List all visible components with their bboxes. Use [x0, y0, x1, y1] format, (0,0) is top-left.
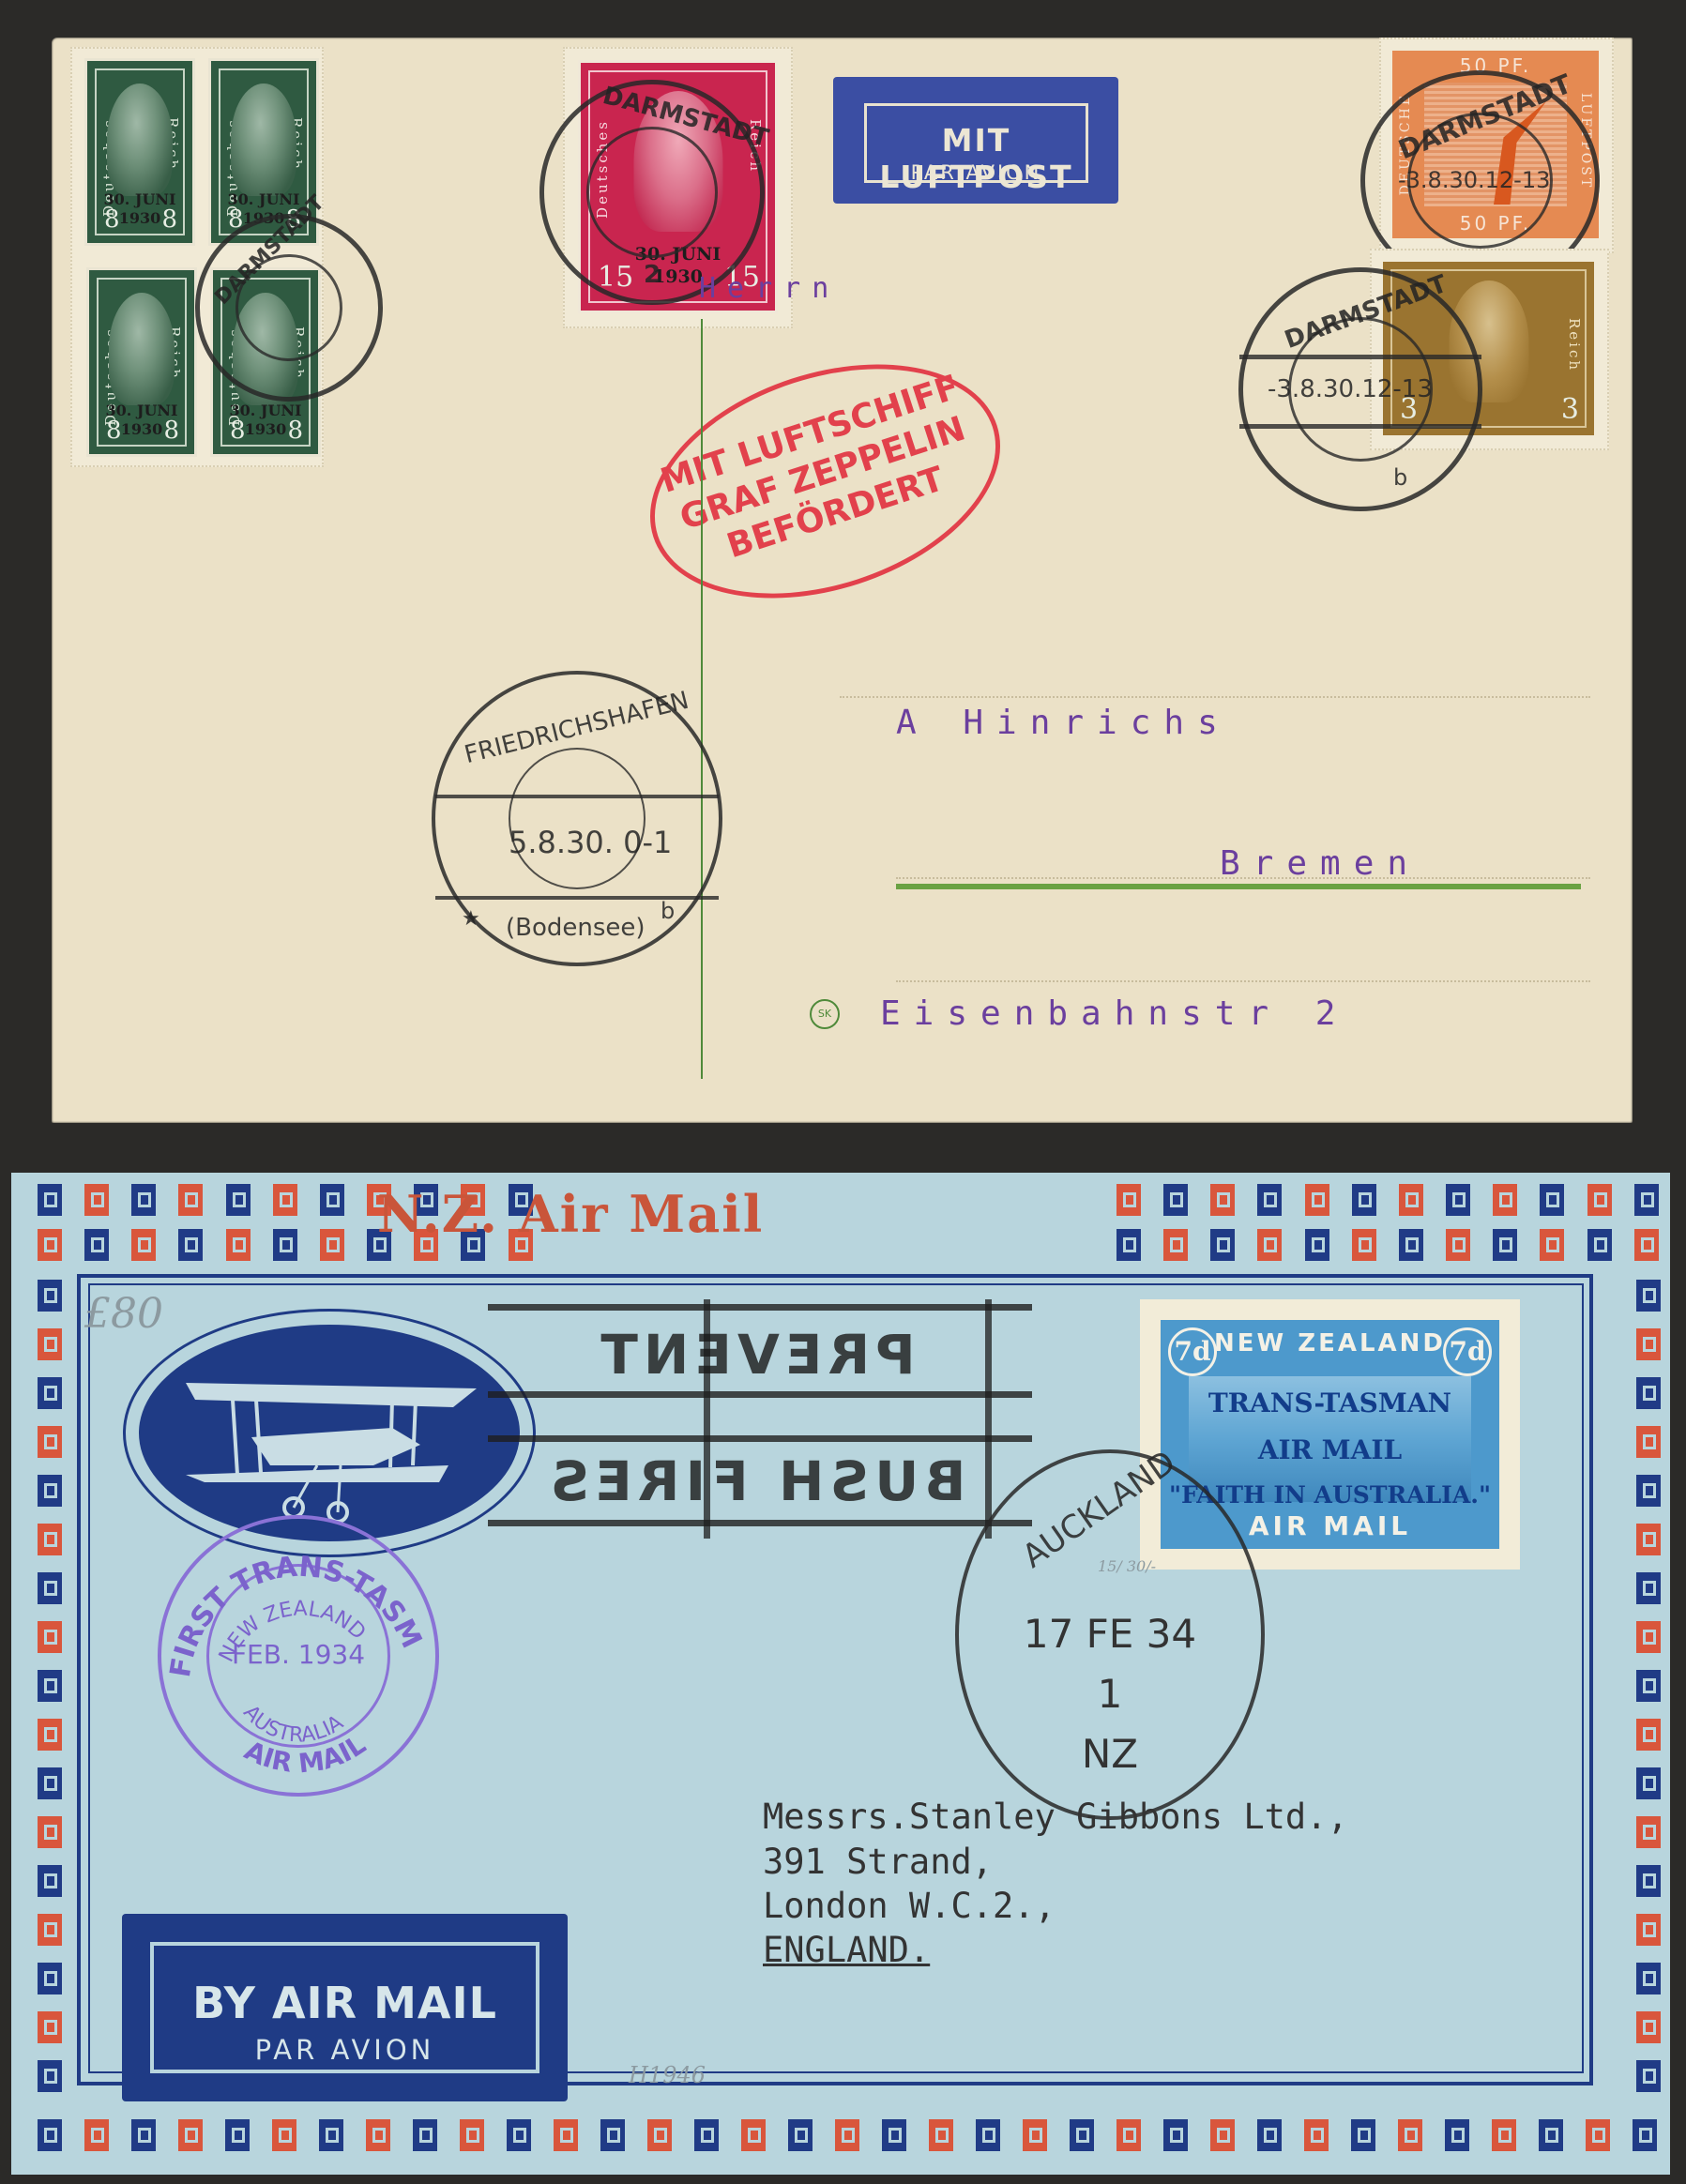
- address-underline: [896, 884, 1581, 889]
- border-square: [1066, 2116, 1098, 2155]
- border-square: [1253, 1225, 1285, 1265]
- border-square: [1633, 1569, 1664, 1608]
- border-square: [1631, 1225, 1663, 1265]
- border-square: [34, 1666, 66, 1706]
- portrait-icon: [107, 83, 173, 196]
- border-square: [456, 2116, 488, 2155]
- border-square: [597, 2116, 629, 2155]
- pencil-reference-note: H1946: [629, 2062, 706, 2088]
- border-square: [644, 2116, 676, 2155]
- border-square: [1633, 1764, 1664, 1803]
- green-stamp-8: Deutsches Reich 8 8 30. JUNI1930: [84, 58, 195, 246]
- border-square: [34, 1764, 66, 1803]
- border-square: [972, 2116, 1004, 2155]
- border-square: [316, 1180, 348, 1220]
- star-icon: ★: [462, 907, 480, 931]
- border-square: [222, 1180, 254, 1220]
- address-street: Eisenbahnstr 2: [880, 994, 1348, 1033]
- border-square: [1347, 2116, 1379, 2155]
- border-square: [34, 1225, 66, 1265]
- salutation: Herrn: [699, 272, 840, 305]
- border-square: [878, 2116, 910, 2155]
- border-square: [1301, 1180, 1333, 1220]
- green-stamp-8: Deutsches Reich 8 8 30. JUNI1930: [86, 267, 197, 457]
- border-square: [1584, 1225, 1616, 1265]
- border-square: [1394, 2116, 1426, 2155]
- border-square: [925, 2116, 957, 2155]
- border-square: [34, 1715, 66, 1754]
- border-square: [315, 2116, 347, 2155]
- border-square: [1300, 2116, 1332, 2155]
- border-square: [1633, 1276, 1664, 1315]
- address-divider-line: [701, 319, 703, 1079]
- border-square: [175, 1180, 206, 1220]
- border-square: [81, 1180, 113, 1220]
- border-square: [1633, 1471, 1664, 1510]
- biplane-icon: [139, 1325, 520, 1541]
- border-square: [1633, 2008, 1664, 2047]
- border-square: [34, 1276, 66, 1315]
- border-square: [175, 1225, 206, 1265]
- border-square: [222, 1225, 254, 1265]
- border-square: [268, 2116, 300, 2155]
- border-square: [34, 1325, 66, 1364]
- border-square: [1160, 1180, 1192, 1220]
- addressee-name: A Hinrichs: [896, 704, 1231, 742]
- border-square: [1442, 1225, 1474, 1265]
- border-square: [175, 2116, 206, 2155]
- border-square: [1633, 1861, 1664, 1901]
- border-square: [1207, 2116, 1238, 2155]
- portrait-icon: [231, 83, 296, 196]
- border-square: [1633, 1617, 1664, 1657]
- border-square: [1633, 2056, 1664, 2096]
- border-square: [362, 2116, 394, 2155]
- border-square: [737, 2116, 769, 2155]
- border-square: [1019, 2116, 1051, 2155]
- border-square: [1582, 2116, 1614, 2155]
- border-square: [1160, 2116, 1192, 2155]
- border-square: [1253, 1180, 1285, 1220]
- border-square: [691, 2116, 722, 2155]
- border-square: [34, 1422, 66, 1462]
- border-square: [34, 1812, 66, 1852]
- border-square: [81, 2116, 113, 2155]
- border-square: [128, 1180, 159, 1220]
- address-city: Bremen: [1220, 844, 1420, 883]
- border-square: [1633, 1910, 1664, 1949]
- border-square: [34, 1861, 66, 1901]
- border-square: [221, 2116, 253, 2155]
- border-square: [34, 1910, 66, 1949]
- border-square: [81, 1225, 113, 1265]
- border-square: [409, 2116, 441, 2155]
- envelope-title: N.Z. Air Mail: [377, 1184, 764, 1244]
- darmstadt-postmark: DARMSTADT 2: [539, 80, 765, 305]
- border-square: [34, 1471, 66, 1510]
- address-line-3: London W.C.2.,: [763, 1886, 1056, 1926]
- border-square: [1253, 2116, 1285, 2155]
- border-square: [128, 1225, 159, 1265]
- border-square: [34, 1569, 66, 1608]
- border-square: [1489, 1180, 1521, 1220]
- border-square: [34, 1520, 66, 1559]
- border-square: [34, 1959, 66, 1998]
- border-square: [831, 2116, 863, 2155]
- border-square: [269, 1225, 301, 1265]
- border-square: [1395, 1180, 1427, 1220]
- border-square: [1488, 2116, 1520, 2155]
- border-square: [34, 1180, 66, 1220]
- auckland-postmark: AUCKLAND 17 FE 34 1 NZ: [955, 1449, 1265, 1820]
- address-line-4: ENGLAND.: [763, 1930, 930, 1970]
- border-square: [1348, 1180, 1380, 1220]
- prevent-bush-fires-slogan-cancel: PREVENT BUSH FIRES: [488, 1299, 1032, 1539]
- border-square: [34, 1373, 66, 1413]
- printer-logo: SK: [810, 999, 840, 1029]
- border-square: [503, 2116, 535, 2155]
- first-trans-tasman-cachet: FIRST TRANS-TASMAN AIR MAIL NEW ZEALAND …: [158, 1515, 439, 1797]
- border-square: [269, 1180, 301, 1220]
- darmstadt-postmark: DARMSTADT -3.8.30.12-13 b: [1238, 267, 1482, 511]
- border-square: [1633, 1666, 1664, 1706]
- friedrichshafen-postmark: FRIEDRICHSHAFEN 5.8.30. 0-1 ★ (Bodensee)…: [432, 671, 722, 966]
- pencil-price-note: £80: [84, 1290, 163, 1338]
- border-square: [1160, 1225, 1192, 1265]
- border-square: [34, 2116, 66, 2155]
- border-square: [1584, 1180, 1616, 1220]
- border-square: [1348, 1225, 1380, 1265]
- border-square: [1207, 1225, 1238, 1265]
- border-square: [34, 2056, 66, 2096]
- border-square: [1442, 1180, 1474, 1220]
- border-square: [1113, 2116, 1145, 2155]
- border-square: [1631, 1180, 1663, 1220]
- border-square: [34, 2008, 66, 2047]
- border-square: [1633, 1325, 1664, 1364]
- border-square: [1441, 2116, 1473, 2155]
- border-square: [1536, 1180, 1568, 1220]
- pencil-catalog-note: 15/ 30/-: [1098, 1557, 1156, 1575]
- border-square: [1207, 1180, 1238, 1220]
- border-square: [1633, 1959, 1664, 1998]
- border-square: [1113, 1225, 1145, 1265]
- border-square: [784, 2116, 816, 2155]
- border-square: [1113, 1180, 1145, 1220]
- border-square: [1489, 1225, 1521, 1265]
- border-square: [1633, 1715, 1664, 1754]
- border-square: [1633, 1812, 1664, 1852]
- border-square: [1633, 1520, 1664, 1559]
- address-line-1: Messrs.Stanley Gibbons Ltd.,: [763, 1797, 1348, 1837]
- portrait-icon: [109, 293, 175, 405]
- border-square: [1629, 2116, 1661, 2155]
- border-square: [550, 2116, 582, 2155]
- border-square: [1395, 1225, 1427, 1265]
- border-square: [316, 1225, 348, 1265]
- border-square: [128, 2116, 159, 2155]
- border-square: [1535, 2116, 1567, 2155]
- border-square: [1633, 1422, 1664, 1462]
- by-air-mail-label: BY AIR MAIL PAR AVION: [122, 1914, 568, 2101]
- border-square: [1536, 1225, 1568, 1265]
- border-square: [1633, 1373, 1664, 1413]
- address-line-2: 391 Strand,: [763, 1842, 993, 1882]
- mit-luftpost-label: MIT LUFTPOST PAR AVION: [833, 77, 1118, 204]
- border-square: [34, 1617, 66, 1657]
- border-square: [1301, 1225, 1333, 1265]
